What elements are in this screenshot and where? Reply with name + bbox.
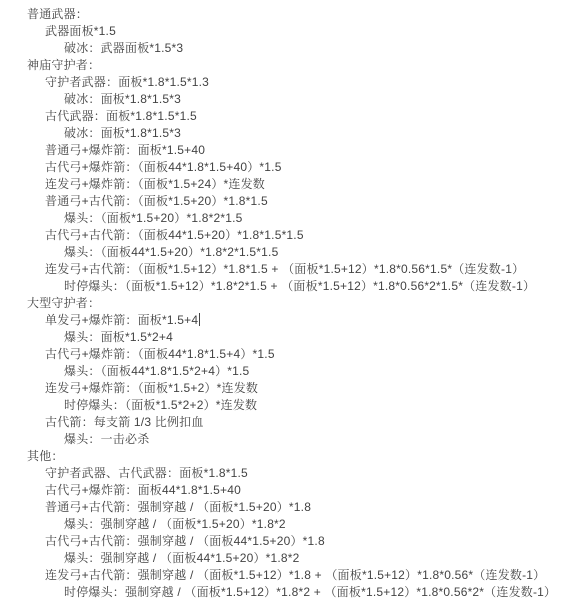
line-text: 爆头：面板*1.5*2+4 — [64, 330, 173, 344]
document-line[interactable]: 破冰：武器面板*1.5*3 — [0, 40, 584, 57]
line-text: 破冰：面板*1.8*1.5*3 — [64, 92, 181, 106]
document-line[interactable]: 连发弓+爆炸箭：（面板*1.5+2）*连发数 — [0, 380, 584, 397]
document-line[interactable]: 古代箭：每支箭 1/3 比例扣血 — [0, 414, 584, 431]
document-line[interactable]: 古代弓+爆炸箭：面板44*1.8*1.5+40 — [0, 482, 584, 499]
document-line[interactable]: 爆头：强制穿越 / （面板*1.5+20）*1.8*2 — [0, 516, 584, 533]
line-text: 普通弓+古代箭：强制穿越 / （面板*1.5+20）*1.8 — [45, 500, 311, 514]
line-text: 爆头：（面板44*1.8*1.5*2+4）*1.5 — [64, 364, 249, 378]
document-line[interactable]: 普通弓+爆炸箭：面板*1.5+40 — [0, 142, 584, 159]
document-line[interactable]: 爆头：强制穿越 / （面板44*1.5+20）*1.8*2 — [0, 550, 584, 567]
line-text: 武器面板*1.5 — [45, 24, 116, 38]
line-text: 连发弓+爆炸箭：（面板*1.5+24）*连发数 — [45, 177, 265, 191]
document-line[interactable]: 爆头：面板*1.5*2+4 — [0, 329, 584, 346]
document-line[interactable]: 连发弓+爆炸箭：（面板*1.5+24）*连发数 — [0, 176, 584, 193]
line-text: 守护者武器：面板*1.8*1.5*1.3 — [45, 75, 209, 89]
line-text: 爆头：强制穿越 / （面板*1.5+20）*1.8*2 — [64, 517, 286, 531]
document-line[interactable]: 爆头：（面板*1.5+20）*1.8*2*1.5 — [0, 210, 584, 227]
document-line[interactable]: 守护者武器：面板*1.8*1.5*1.3 — [0, 74, 584, 91]
line-text: 其他： — [27, 449, 64, 463]
line-text: 古代弓+爆炸箭：（面板44*1.8*1.5+4）*1.5 — [45, 347, 275, 361]
line-text: 普通弓+爆炸箭：面板*1.5+40 — [45, 143, 205, 157]
line-text: 时停爆头：（面板*1.5*2+2）*连发数 — [64, 398, 257, 412]
line-text: 爆头：一击必杀 — [64, 432, 149, 446]
line-text: 大型守护者： — [27, 296, 100, 310]
line-text: 破冰：武器面板*1.5*3 — [64, 41, 183, 55]
line-text: 神庙守护者： — [27, 58, 100, 72]
line-text: 爆头：（面板44*1.5+20）*1.8*2*1.5*1.5 — [64, 245, 278, 259]
line-text: 爆头：强制穿越 / （面板44*1.5+20）*1.8*2 — [64, 551, 300, 565]
document-line[interactable]: 普通弓+古代箭：（面板*1.5+20）*1.8*1.5 — [0, 193, 584, 210]
document-line[interactable]: 大型守护者： — [0, 295, 584, 312]
document-line[interactable]: 古代弓+爆炸箭：（面板44*1.8*1.5+4）*1.5 — [0, 346, 584, 363]
document-line[interactable]: 其他： — [0, 448, 584, 465]
line-text: 单发弓+爆炸箭：面板*1.5+4 — [45, 313, 198, 327]
line-text: 古代弓+爆炸箭：面板44*1.8*1.5+40 — [45, 483, 241, 497]
document-line[interactable]: 古代弓+古代箭：强制穿越 / （面板44*1.5+20）*1.8 — [0, 533, 584, 550]
document-line[interactable]: 武器面板*1.5 — [0, 23, 584, 40]
document-line[interactable]: 时停爆头：强制穿越 / （面板*1.5+12）*1.8*2 + （面板*1.5+… — [0, 584, 584, 601]
document-line[interactable]: 古代弓+爆炸箭：（面板44*1.8*1.5+40）*1.5 — [0, 159, 584, 176]
line-text: 古代武器：面板*1.8*1.5*1.5 — [45, 109, 197, 123]
document-line[interactable]: 神庙守护者： — [0, 57, 584, 74]
document-line[interactable]: 守护者武器、古代武器：面板*1.8*1.5 — [0, 465, 584, 482]
line-text: 古代弓+爆炸箭：（面板44*1.8*1.5+40）*1.5 — [45, 160, 282, 174]
line-text: 连发弓+古代箭：（面板*1.5+12）*1.8*1.5 + （面板*1.5+12… — [45, 262, 524, 276]
document-line[interactable]: 单发弓+爆炸箭：面板*1.5+4 — [0, 312, 584, 329]
line-text: 古代弓+古代箭：强制穿越 / （面板44*1.5+20）*1.8 — [45, 534, 325, 548]
document-line[interactable]: 普通武器： — [0, 6, 584, 23]
document-line[interactable]: 连发弓+古代箭：强制穿越 / （面板*1.5+12）*1.8 + （面板*1.5… — [0, 567, 584, 584]
document-line[interactable]: 古代武器：面板*1.8*1.5*1.5 — [0, 108, 584, 125]
document-line[interactable]: 爆头：（面板44*1.8*1.5*2+4）*1.5 — [0, 363, 584, 380]
line-text: 守护者武器、古代武器：面板*1.8*1.5 — [45, 466, 248, 480]
document-line[interactable]: 普通弓+古代箭：强制穿越 / （面板*1.5+20）*1.8 — [0, 499, 584, 516]
line-text: 爆头：（面板*1.5+20）*1.8*2*1.5 — [64, 211, 243, 225]
line-text: 古代弓+古代箭：（面板44*1.5+20）*1.8*1.5*1.5 — [45, 228, 304, 242]
line-text: 普通武器： — [27, 7, 88, 21]
line-text: 破冰：面板*1.8*1.5*3 — [64, 126, 181, 140]
document-line[interactable]: 古代弓+古代箭：（面板44*1.5+20）*1.8*1.5*1.5 — [0, 227, 584, 244]
document-editor[interactable]: 普通武器：武器面板*1.5破冰：武器面板*1.5*3神庙守护者：守护者武器：面板… — [0, 0, 584, 615]
document-line[interactable]: 时停爆头：（面板*1.5*2+2）*连发数 — [0, 397, 584, 414]
line-text: 连发弓+爆炸箭：（面板*1.5+2）*连发数 — [45, 381, 258, 395]
document-line[interactable]: 破冰：面板*1.8*1.5*3 — [0, 91, 584, 108]
text-caret — [199, 313, 200, 326]
document-line[interactable]: 时停爆头：（面板*1.5+12）*1.8*2*1.5 + （面板*1.5+12）… — [0, 278, 584, 295]
line-text: 时停爆头：（面板*1.5+12）*1.8*2*1.5 + （面板*1.5+12）… — [64, 279, 535, 293]
line-text: 时停爆头：强制穿越 / （面板*1.5+12）*1.8*2 + （面板*1.5+… — [64, 585, 556, 599]
document-line[interactable]: 爆头：一击必杀 — [0, 431, 584, 448]
line-text: 古代箭：每支箭 1/3 比例扣血 — [45, 415, 204, 429]
line-text: 普通弓+古代箭：（面板*1.5+20）*1.8*1.5 — [45, 194, 268, 208]
document-line[interactable]: 破冰：面板*1.8*1.5*3 — [0, 125, 584, 142]
line-text: 连发弓+古代箭：强制穿越 / （面板*1.5+12）*1.8 + （面板*1.5… — [45, 568, 545, 582]
document-line[interactable]: 爆头：（面板44*1.5+20）*1.8*2*1.5*1.5 — [0, 244, 584, 261]
document-line[interactable]: 连发弓+古代箭：（面板*1.5+12）*1.8*1.5 + （面板*1.5+12… — [0, 261, 584, 278]
